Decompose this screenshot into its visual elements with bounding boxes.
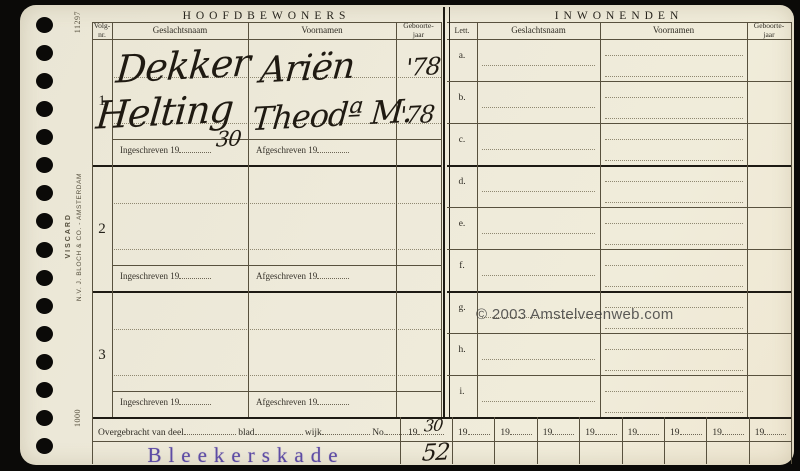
rule — [664, 417, 665, 464]
rule — [92, 39, 441, 40]
punch-hole — [36, 129, 53, 145]
writing-line — [447, 333, 791, 334]
rule — [441, 22, 442, 417]
row-number-3: 3 — [92, 347, 112, 364]
print-code-top: 11297 — [73, 11, 82, 33]
punch-hole — [36, 157, 53, 173]
letter-row-g: g. — [447, 303, 477, 313]
writing-line — [112, 375, 441, 376]
writing-line — [605, 286, 743, 287]
wijk-label: wijk — [305, 428, 322, 438]
punch-hole — [36, 354, 53, 370]
label: Afgeschreven 19 — [256, 271, 317, 281]
col-header-geboortejaar-right: Geboorte- jaar — [747, 22, 791, 39]
rule — [112, 265, 441, 266]
writing-line — [482, 275, 595, 276]
writing-line — [605, 349, 743, 350]
writing-line — [447, 249, 791, 250]
rule — [396, 22, 397, 417]
col-header-label: Geslachtsnaam — [511, 26, 565, 35]
writing-line — [605, 97, 743, 98]
writing-line — [482, 107, 595, 108]
writing-line — [482, 149, 595, 150]
col-header-label: Voornamen — [301, 26, 342, 35]
rule — [537, 417, 538, 464]
dotted-leader — [179, 270, 211, 279]
afgeschreven-label-3: Afgeschreven 19 — [256, 396, 349, 407]
punch-hole — [36, 298, 53, 314]
col-header-label: Lett. — [455, 27, 470, 35]
label: Ingeschreven 19 — [120, 271, 179, 281]
rule — [579, 417, 580, 464]
writing-line — [605, 412, 743, 413]
year-cell: 19 — [712, 426, 744, 438]
year-prefix: 19 — [408, 428, 418, 438]
col-header-label-line2: jaar — [413, 31, 424, 39]
label: Afgeschreven 19 — [256, 145, 317, 155]
rule — [622, 417, 623, 464]
dotted-leader — [179, 144, 211, 153]
writing-line — [605, 328, 743, 329]
writing-line — [605, 391, 743, 392]
rule — [112, 22, 113, 417]
rule-heavy — [447, 165, 791, 167]
handwritten-birthyear-1: '78 — [405, 54, 441, 80]
letter-row-h: h. — [447, 345, 477, 355]
blad-label: blad — [238, 428, 254, 438]
overgebracht-line: Overgebracht van deel blad wijk No. — [98, 426, 442, 438]
punch-hole — [36, 213, 53, 229]
rule — [447, 39, 791, 40]
handwritten-surname-1: Dekker — [114, 43, 251, 88]
ingeschreven-label-2: Ingeschreven 19 — [120, 270, 211, 281]
writing-line — [447, 123, 791, 124]
section-title-hoofdbewoners: HOOFDBEWONERS — [92, 10, 441, 22]
writing-line — [482, 233, 595, 234]
punch-holes — [36, 17, 55, 454]
handwritten-firstnames-1: Ariën — [258, 48, 355, 89]
letter-row-i: i. — [447, 387, 477, 397]
overgebracht-label: Overgebracht van deel — [98, 428, 184, 438]
punch-hole — [36, 410, 53, 426]
rule — [92, 22, 441, 23]
letter-row-d: d. — [447, 177, 477, 187]
writing-line — [482, 359, 595, 360]
letter-row-f: f. — [447, 261, 477, 271]
year-cell: 19 — [458, 426, 490, 438]
year-cell: 19 — [585, 426, 617, 438]
rule — [112, 139, 441, 140]
ingeschreven-label-1: Ingeschreven 19 — [120, 144, 211, 155]
dotted-leader — [255, 426, 303, 435]
printer-name: N.V. J. BLOCH & CO. - AMSTERDAM — [76, 173, 83, 301]
writing-line — [605, 55, 743, 56]
handwritten-birthyear-2: '78 — [399, 102, 435, 128]
dotted-leader — [317, 270, 349, 279]
writing-line — [605, 139, 743, 140]
section-title-inwonenden: INWONENDEN — [447, 10, 791, 22]
col-header-voornamen-left: Voornamen — [248, 22, 396, 39]
letter-row-e: e. — [447, 219, 477, 229]
street-name-stamp: Bleekerskade — [92, 443, 400, 468]
writing-line — [605, 370, 743, 371]
scanned-registration-card: 11297 VISCARD N.V. J. BLOCH & CO. - AMST… — [0, 0, 800, 471]
rule — [791, 22, 792, 464]
dotted-leader — [322, 426, 370, 435]
rule — [494, 417, 495, 464]
col-header-lett: Lett. — [447, 22, 477, 39]
col-header-geslachtsnaam-left: Geslachtsnaam — [112, 22, 248, 39]
punch-hole — [36, 185, 53, 201]
section-divider — [443, 7, 450, 417]
label: Afgeschreven 19 — [256, 397, 317, 407]
handwritten-house-number: 52 — [421, 441, 450, 466]
handwritten-surname-2: Helting — [94, 89, 234, 134]
col-header-geslachtsnaam-right: Geslachtsnaam — [477, 22, 600, 39]
no-label: No. — [372, 428, 386, 438]
writing-line — [605, 118, 743, 119]
punch-hole — [36, 242, 53, 258]
rule-heavy — [447, 291, 791, 293]
year-cell: 19 — [628, 426, 660, 438]
print-code-bottom: 1000 — [73, 409, 82, 427]
writing-line — [112, 203, 441, 204]
writing-line — [605, 181, 743, 182]
letter-row-b: b. — [447, 93, 477, 103]
writing-line — [605, 265, 743, 266]
dotted-leader — [317, 144, 349, 153]
rule-heavy — [92, 165, 441, 167]
handwritten-firstnames-2: Theodª M. — [251, 95, 414, 136]
label: Ingeschreven 19 — [120, 145, 179, 155]
punch-hole — [36, 270, 53, 286]
printer-brand: VISCARD — [65, 213, 72, 259]
punch-hole — [36, 438, 53, 454]
dotted-leader — [179, 396, 211, 405]
punch-hole — [36, 326, 53, 342]
year-cell: 19 — [670, 426, 702, 438]
rule — [447, 22, 791, 23]
dotted-leader — [184, 426, 236, 435]
handwritten-ingeschreven-year: 30 — [215, 128, 242, 150]
col-header-geboortejaar-left: Geboorte- jaar — [396, 22, 441, 39]
rule — [112, 391, 441, 392]
writing-line — [605, 160, 743, 161]
col-header-volgnr: Volg- nr. — [92, 22, 112, 39]
punch-hole — [36, 73, 53, 89]
label: Ingeschreven 19 — [120, 397, 179, 407]
col-header-label: Geslachtsnaam — [153, 26, 207, 35]
col-header-label: Voornamen — [653, 26, 694, 35]
punch-hole — [36, 45, 53, 61]
row-number-2: 2 — [92, 221, 112, 238]
copyright-watermark: © 2003 Amstelveenweb.com — [476, 306, 674, 323]
writing-line — [605, 202, 743, 203]
col-header-label-line2: jaar — [763, 31, 774, 39]
writing-line — [605, 76, 743, 77]
writing-line — [482, 65, 595, 66]
letter-row-c: c. — [447, 135, 477, 145]
handwritten-transfer-year: 30 — [423, 417, 443, 434]
afgeschreven-label-1: Afgeschreven 19 — [256, 144, 349, 155]
writing-line — [482, 191, 595, 192]
writing-line — [605, 244, 743, 245]
letter-row-a: a. — [447, 51, 477, 61]
afgeschreven-label-2: Afgeschreven 19 — [256, 270, 349, 281]
rule — [452, 417, 453, 464]
writing-line — [605, 223, 743, 224]
ingeschreven-label-3: Ingeschreven 19 — [120, 396, 211, 407]
writing-line — [447, 375, 791, 376]
dotted-leader — [317, 396, 349, 405]
year-cell: 19 — [543, 426, 575, 438]
card-paper: 11297 VISCARD N.V. J. BLOCH & CO. - AMST… — [20, 5, 794, 465]
col-header-voornamen-right: Voornamen — [600, 22, 747, 39]
punch-hole — [36, 101, 53, 117]
col-header-volgnr-line2: nr. — [98, 31, 106, 39]
writing-line — [447, 81, 791, 82]
punch-hole — [36, 382, 53, 398]
rule — [92, 22, 93, 464]
rule-heavy — [92, 291, 441, 293]
writing-line — [447, 207, 791, 208]
writing-line — [482, 401, 595, 402]
punch-hole — [36, 17, 53, 33]
year-cell: 19 — [755, 426, 787, 438]
rule — [706, 417, 707, 464]
writing-line — [112, 329, 441, 330]
year-cell: 19 — [500, 426, 532, 438]
writing-line — [112, 249, 441, 250]
rule — [400, 417, 401, 464]
rule — [749, 417, 750, 464]
